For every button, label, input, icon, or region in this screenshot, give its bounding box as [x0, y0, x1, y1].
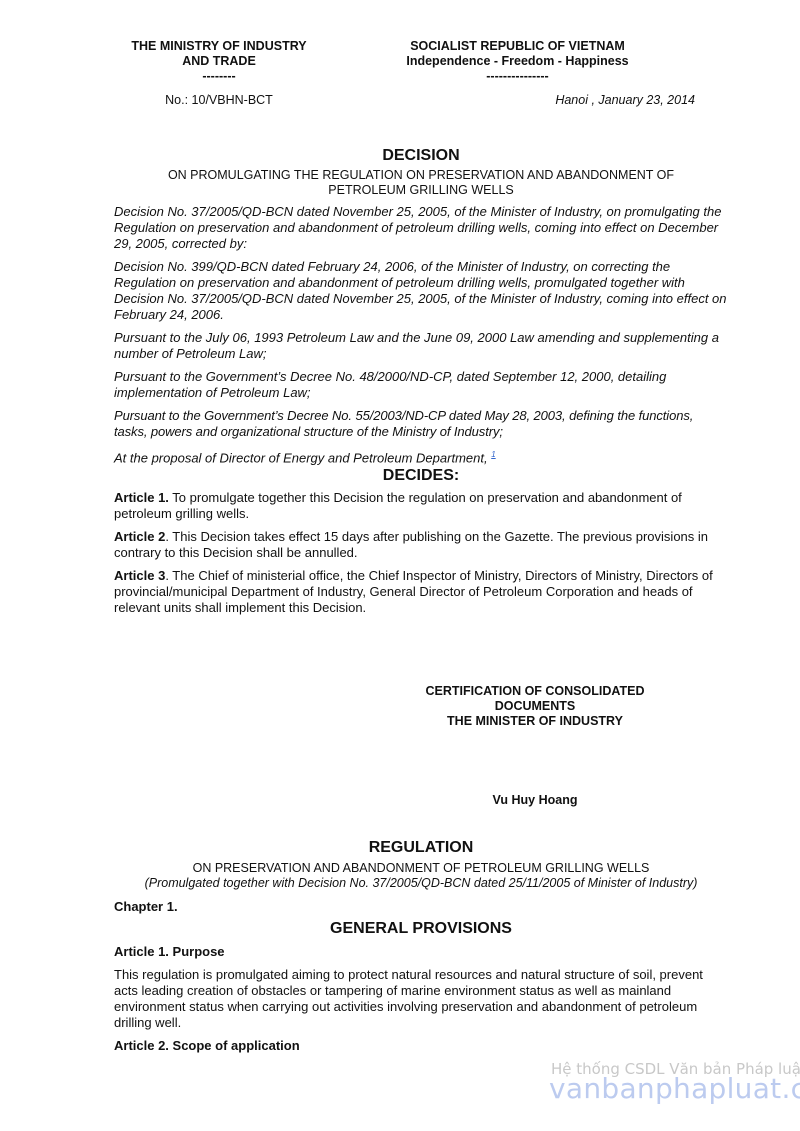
article-label: Article 2	[114, 529, 165, 544]
divider-dashes: --------	[104, 69, 334, 84]
preamble-paragraph: Pursuant to the Government’s Decree No. …	[114, 408, 728, 440]
regulation-title: REGULATION	[114, 840, 728, 856]
article-heading: Article 1. Purpose	[114, 944, 728, 960]
article-text: . The Chief of ministerial office, the C…	[114, 568, 713, 615]
article-heading: Article 2. Scope of application	[114, 1038, 728, 1054]
article-label: Article 3	[114, 568, 165, 583]
article-1: Article 1. To promulgate together this D…	[114, 490, 728, 522]
issuing-authority-line2: AND TRADE	[104, 54, 334, 69]
article-2: Article 2. This Decision takes effect 15…	[114, 529, 728, 561]
article-label: Article 1.	[114, 490, 169, 505]
signature-block: CERTIFICATION OF CONSOLIDATED DOCUMENTS …	[400, 684, 670, 729]
regulation-subtitle: ON PRESERVATION AND ABANDONMENT OF PETRO…	[114, 861, 728, 876]
country-name: SOCIALIST REPUBLIC OF VIETNAM	[375, 39, 660, 54]
article-body: This regulation is promulgated aiming to…	[114, 967, 728, 1031]
signer-title: THE MINISTER OF INDUSTRY	[400, 714, 670, 729]
issuing-authority-line1: THE MINISTRY OF INDUSTRY	[104, 39, 334, 54]
preamble-text: At the proposal of Director of Energy an…	[114, 450, 488, 465]
decision-title: DECISION	[114, 148, 728, 164]
decision-subtitle: ON PROMULGATING THE REGULATION ON PRESER…	[114, 168, 728, 198]
place-date: Hanoi , January 23, 2014	[470, 93, 695, 107]
national-motto: SOCIALIST REPUBLIC OF VIETNAM Independen…	[375, 39, 660, 84]
chapter-title: GENERAL PROVISIONS	[114, 921, 728, 937]
promulgated-note: (Promulgated together with Decision No. …	[104, 876, 738, 891]
signer-name: Vu Huy Hoang	[400, 793, 670, 808]
preamble-paragraph: Pursuant to the Government’s Decree No. …	[114, 369, 728, 401]
divider-dashes: ---------------	[375, 69, 660, 84]
preamble-paragraph: Decision No. 399/QD-BCN dated February 2…	[114, 259, 728, 323]
article-text: To promulgate together this Decision the…	[114, 490, 682, 521]
motto: Independence - Freedom - Happiness	[375, 54, 660, 69]
certification-line2: DOCUMENTS	[400, 699, 670, 714]
certification-line1: CERTIFICATION OF CONSOLIDATED	[400, 684, 670, 699]
preamble-paragraph: Pursuant to the July 06, 1993 Petroleum …	[114, 330, 728, 362]
document-number: No.: 10/VBHN-BCT	[104, 93, 334, 107]
footnote-link[interactable]: 1	[491, 450, 495, 459]
preamble-paragraph: Decision No. 37/2005/QD-BCN dated Novemb…	[114, 204, 728, 252]
regulation-section: REGULATION ON PRESERVATION AND ABANDONME…	[114, 840, 728, 1061]
decision-section: DECISION ON PROMULGATING THE REGULATION …	[114, 148, 728, 623]
watermark-site: vanbanphapluat.co	[549, 1072, 800, 1105]
decides-title: DECIDES:	[114, 468, 728, 484]
chapter-label: Chapter 1.	[114, 899, 728, 915]
preamble-paragraph-last: At the proposal of Director of Energy an…	[114, 447, 728, 466]
article-text: . This Decision takes effect 15 days aft…	[114, 529, 708, 560]
issuing-authority: THE MINISTRY OF INDUSTRY AND TRADE -----…	[104, 39, 334, 84]
article-3: Article 3. The Chief of ministerial offi…	[114, 568, 728, 616]
